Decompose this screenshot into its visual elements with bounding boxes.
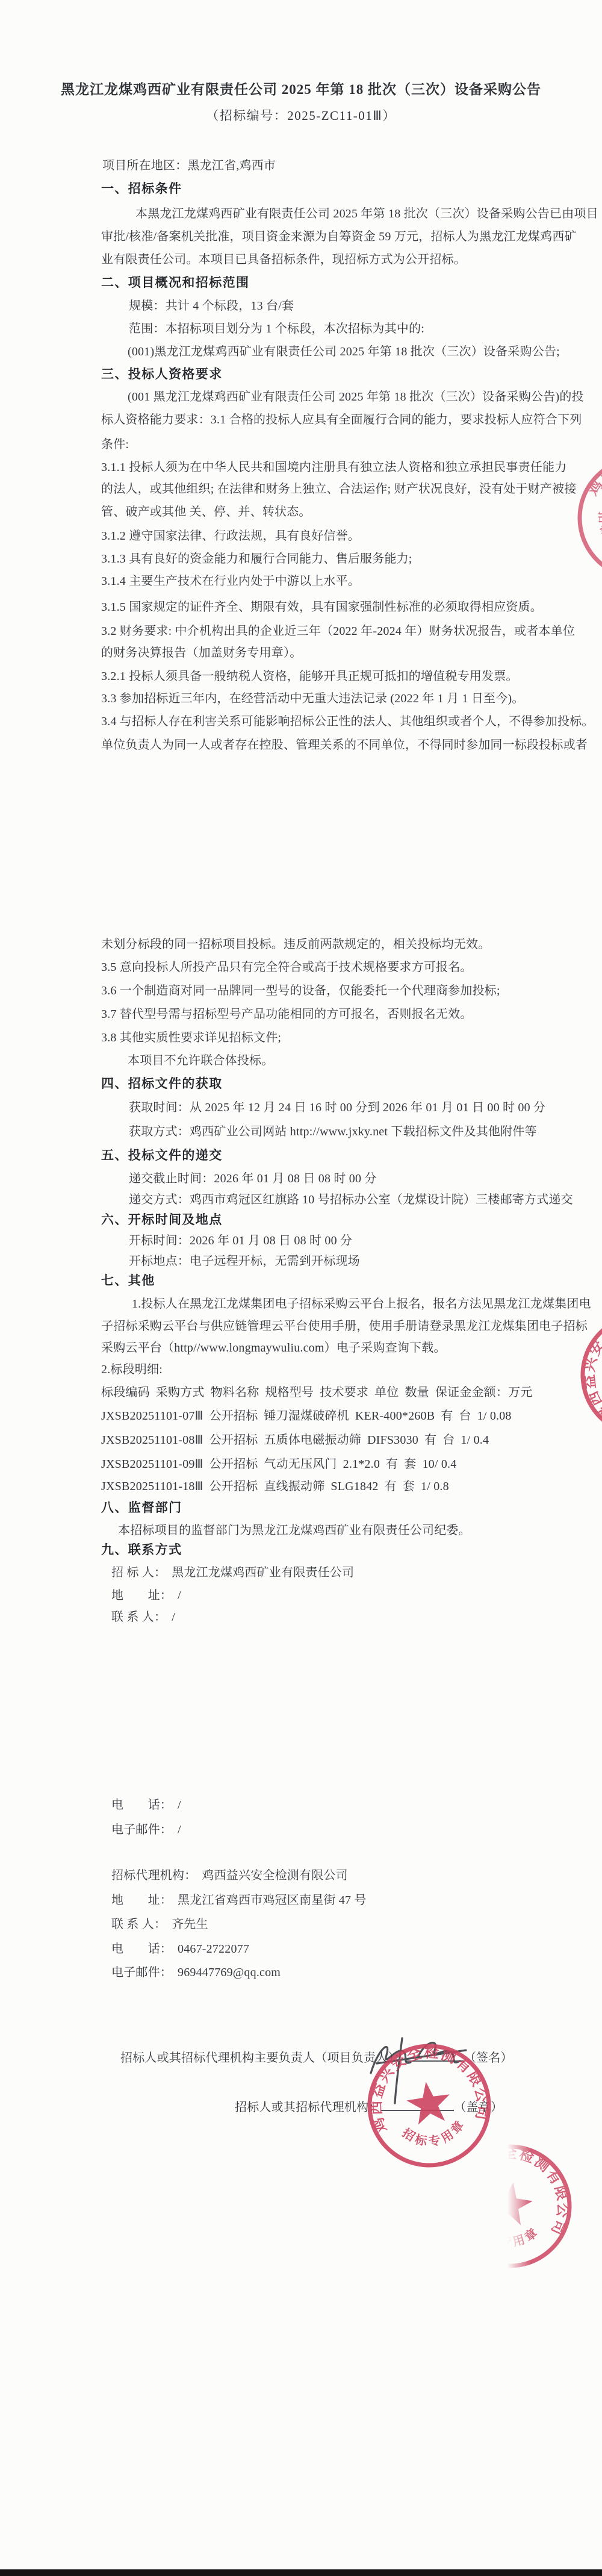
doc-line: 3.4 与招标人存在利害关系可能影响招标公正性的法人、其他组织或者个人，不得参加… [101,714,594,730]
doc-line: 获取方式：鸡西矿业公司网站 http://www.jxky.net 下载招标文件… [129,1124,537,1140]
doc-line: 获取时间：从 2025 年 12 月 24 日 16 时 00 分到 2026 … [129,1100,545,1116]
lot-cell: 有 [386,1458,398,1471]
contact-label: 电子邮件： [111,1966,172,1979]
lot-cell: 0.08 [490,1409,512,1423]
doc-line: 3.2.1 投标人须具备一般纳税人资格，能够开具正规可抵扣的增值税专用发票。 [101,669,518,685]
lot-cell: DIFS3030 [367,1433,418,1447]
lot-cell: 台 [442,1433,455,1447]
section-heading-4: 四、招标文件的获取 [101,1076,223,1092]
lot-cell: KER-400*260B [355,1409,435,1423]
lot-cell: 五质体电磁振动筛 [264,1433,361,1447]
signature-label: 招标人或其招标代理机构： [235,2101,380,2114]
contact-line-person: 联 系 人：/ [111,1609,175,1626]
doc-tender-number: （招标编号：2025-ZC11-01Ⅲ） [0,108,602,124]
contact-label: 电 话： [111,1798,172,1812]
contact-label: 联 系 人： [111,1611,166,1624]
doc-line: 3.8 其他实质性要求详见招标文件; [101,1030,281,1046]
lot-header-cell: 物料名称 [211,1386,259,1399]
doc-line: 开标地点：电子远程开标，无需到开标现场 [129,1253,360,1270]
section-heading-7: 七、其他 [101,1273,155,1289]
lot-cell: 0.8 [433,1480,449,1493]
doc-line: 条件: [101,437,129,453]
doc-line: 本黑龙江龙煤鸡西矿业有限责任公司 2025 年第 18 批次（三次）设备采购公告… [135,206,598,222]
lot-table-header: 标段编码采购方式物料名称规格型号技术要求单位数量保证金金额：万元 [101,1385,538,1401]
doc-line: 未划分标段的同一招标项目投标。违反前两款规定的，相关投标均无效。 [101,937,490,953]
doc-line: 规模：共计 4 个标段，13 台/套 [129,298,294,314]
contact-line-email: 电子邮件：969447769@qq.com [111,1965,281,1981]
section-heading-3: 三、投标人资格要求 [101,366,223,382]
contact-value: 齐先生 [172,1918,208,1931]
lot-header-cell: 单位 [374,1386,399,1399]
doc-line: 本招标项目的监督部门为黑龙江龙煤鸡西矿业有限责任公司纪委。 [118,1523,471,1539]
lot-cell: 锤刀湿煤破碎机 [264,1409,349,1423]
contact-label: 招 标 人： [111,1566,166,1579]
contact-line-phone: 电 话：/ [111,1797,181,1813]
lot-row: JXSB20251101-08Ⅲ公开招标五质体电磁振动筛DIFS3030有台1/… [101,1432,489,1449]
lot-cell: 公开招标 [209,1433,258,1447]
section-heading-2: 二、项目概况和招标范围 [101,275,249,291]
doc-line: 3.6 一个制造商对同一品牌同一型号的设备，仅能委托一个代理商参加投标; [101,983,500,999]
contact-line-address: 地 址：黑龙江省鸡西市鸡冠区南星街 47 号 [111,1892,367,1909]
lot-cell: JXSB20251101-18Ⅲ [101,1480,203,1493]
doc-line: 审批/核准/备案机关批准，项目资金来源为自筹资金 59 万元，招标人为黑龙江龙煤… [101,229,577,245]
doc-line: (001)黑龙江龙煤鸡西矿业有限责任公司 2025 年第 18 批次（三次）设备… [128,344,560,360]
doc-line: 递交方式：鸡西市鸡冠区红旗路 10 号招标办公室（龙煤设计院）三楼邮寄方式递交 [129,1192,573,1208]
lot-row: JXSB20251101-09Ⅲ公开招标气动无压风门2.1*2.0有套10/ 0… [101,1456,456,1473]
contact-value: / [178,1798,181,1812]
lot-cell: 直线振动筛 [264,1480,324,1493]
contact-value: 黑龙江龙煤鸡西矿业有限责任公司 [172,1566,354,1579]
lot-cell: 1/ [477,1409,487,1423]
contact-label: 电 话： [111,1942,172,1956]
lot-cell: 气动无压风门 [264,1458,337,1471]
contact-value: 鸡西益兴安全检测有限公司 [202,1869,347,1882]
lot-row: JXSB20251101-18Ⅲ公开招标直线振动筛SLG1842有套1/ 0.8 [101,1479,449,1495]
lot-cell: 0.4 [441,1458,457,1471]
doc-line: 3.1.3 具有良好的资金能力和履行合同能力、售后服务能力; [101,551,412,567]
lot-cell: 公开招标 [209,1480,258,1493]
stamp-star-icon [486,2179,535,2226]
contact-value: / [178,1823,181,1836]
lot-cell: 1/ [421,1480,430,1493]
lot-cell: JXSB20251101-08Ⅲ [101,1433,203,1447]
company-seal-stamp-partial-middle: 鸡西益兴安全检测有限公司 招标专用章 [579,1311,602,1439]
doc-line: 3.3 参加招标近三年内，在经营活动中无重大违法记录 (2022 年 1 月 1… [101,691,524,707]
lot-header-cell: 采购方式 [156,1386,205,1399]
doc-line: 3.1.2 遵守国家法律、行政法规，具有良好信誉。 [101,528,360,544]
section-heading-6: 六、开标时间及地点 [101,1212,223,1228]
contact-label: 联 系 人： [111,1918,166,1931]
doc-line: 递交截止时间：2026 年 01 月 08 日 08 时 00 分 [129,1171,377,1187]
scan-edge-shadow [0,2569,602,2576]
doc-line: 采购云平台（http//www.longmaywuliu.com）电子采购查询下… [101,1340,446,1356]
contact-value: 0467-2722077 [178,1942,249,1956]
lot-cell: 2.1*2.0 [343,1458,380,1471]
lot-cell: 有 [424,1433,436,1447]
contact-value: 黑龙江省鸡西市鸡冠区南星街 47 号 [178,1894,367,1907]
section-heading-8: 八、监督部门 [101,1500,182,1516]
section-heading-1: 一、招标条件 [101,181,182,197]
contact-label: 地 址： [111,1894,172,1907]
doc-line: 本项目不允许联合体投标。 [128,1053,273,1069]
doc-line: 范围：本招标项目划分为 1 个标段，本次招标为其中的: [129,321,424,337]
lot-cell: SLG1842 [330,1480,378,1493]
contact-line-email: 电子邮件：/ [111,1822,181,1838]
scanned-document-page: 黑龙江龙煤鸡西矿业有限责任公司 2025 年第 18 批次（三次）设备采购公告 … [0,0,602,2576]
lot-cell: 1/ [461,1433,470,1447]
lot-cell: 0.4 [474,1433,489,1447]
contact-line-tenderer: 招 标 人：黑龙江龙煤鸡西矿业有限责任公司 [111,1565,354,1581]
doc-title: 黑龙江龙煤鸡西矿业有限责任公司 2025 年第 18 批次（三次）设备采购公告 [0,81,602,98]
contact-value: / [172,1611,175,1624]
lot-cell: 10/ [422,1458,438,1471]
lot-row: JXSB20251101-07Ⅲ公开招标锤刀湿煤破碎机KER-400*260B有… [101,1408,512,1424]
lot-cell: 台 [459,1409,471,1423]
doc-line: 3.1.4 主要生产技术在行业内处于中游以上水平。 [101,573,360,590]
doc-line: 1.投标人在黑龙江龙煤集团电子招标采购云平台上报名，报名方法见黑龙江龙煤集团电 [132,1296,591,1312]
lot-cell: JXSB20251101-09Ⅲ [101,1458,203,1471]
lot-cell: 公开招标 [209,1409,258,1423]
contact-label: 地 址： [111,1589,172,1602]
doc-line: 3.5 意向投标人所投产品只有完全符合或高于技术规格要求方可报名。 [101,959,473,976]
doc-line: 3.7 替代型号需与招标型号产品功能相同的方可报名，否则报名无效。 [101,1006,473,1023]
lot-cell: 有 [385,1480,397,1493]
lot-header-cell: 技术要求 [320,1386,368,1399]
doc-line: 3.1.5 国家规定的证件齐全、期限有效，具有国家强制性标准的必须取得相应资质。 [101,599,542,616]
doc-line: 管、破产或其他 关、停、并、转状态。 [101,504,311,520]
lot-header-cell: 保证金金额：万元 [435,1386,533,1399]
lot-header-cell: 数量 [405,1386,429,1399]
contact-line-agency: 招标代理机构：鸡西益兴安全检测有限公司 [111,1868,348,1884]
doc-line: 单位负责人为同一人或者存在控股、管理关系的不同单位，不得同时参加同一标段投标或者 [101,737,588,753]
section-heading-9: 九、联系方式 [101,1542,182,1558]
lot-cell: 套 [404,1458,416,1471]
lot-cell: JXSB20251101-07Ⅲ [101,1409,203,1423]
section-heading-5: 五、投标文件的递交 [101,1147,223,1164]
contact-line-person: 联 系 人：齐先生 [111,1916,208,1933]
doc-line: 3.1.1 投标人须为在中华人民共和国境内注册具有独立法人资格和独立承担民事责任… [101,460,566,476]
contact-value: / [178,1589,181,1602]
lot-cell: 公开招标 [209,1458,258,1471]
stamp-star-icon [405,2079,453,2125]
contact-line-phone: 电 话：0467-2722077 [111,1941,249,1957]
contact-value: 969447769@qq.com [178,1966,281,1979]
doc-line: 的财务决算报告（加盖财务专用章）。 [101,645,302,661]
lot-header-cell: 标段编码 [101,1386,150,1399]
doc-line: 子招标采购云平台与供应链管理云平台使用手册，使用手册请登录黑龙江龙煤集团电子招标 [101,1318,588,1335]
contact-label: 电子邮件： [111,1823,172,1836]
doc-line: 业有限责任公司。本项目已具备招标条件，现招标方式为公开招标。 [101,252,466,268]
company-seal-stamp-partial-bottom: 鸡西益兴安全检测有限公司 招标专用章 [446,2142,574,2270]
doc-line: (001 黑龙江龙煤鸡西矿业有限责任公司 2025 年第 18 批次（三次）设备… [128,389,584,405]
contact-label: 招标代理机构： [111,1869,196,1882]
stamp-seal-text: 招标专用章 [471,2215,544,2254]
doc-line: 标人资格能力要求：3.1 合格的投标人应具有全面履行合同的能力，要求投标人应符合… [101,412,582,428]
lot-cell: 套 [403,1480,415,1493]
contact-line-address: 地 址：/ [111,1588,181,1604]
lot-header-cell: 规格型号 [265,1386,314,1399]
doc-line: 2.标段明细: [101,1362,163,1378]
lot-cell: 有 [441,1409,453,1423]
project-region-line: 项目所在地区：黑龙江省,鸡西市 [102,158,276,174]
doc-line: 的法人，或其他组织; 在法律和财务上独立、合法运作; 财产状况良好，没有处于财产… [101,481,577,497]
company-seal-stamp-partial-top: 鸡西益兴安全检测有限公司 招标专用章 [576,454,602,582]
doc-line: 3.2 财务要求: 中介机构出具的企业近三年（2022 年-2024 年）财务状… [101,623,575,640]
doc-line: 开标时间：2026 年 01 月 08 日 08 时 00 分 [129,1233,352,1249]
